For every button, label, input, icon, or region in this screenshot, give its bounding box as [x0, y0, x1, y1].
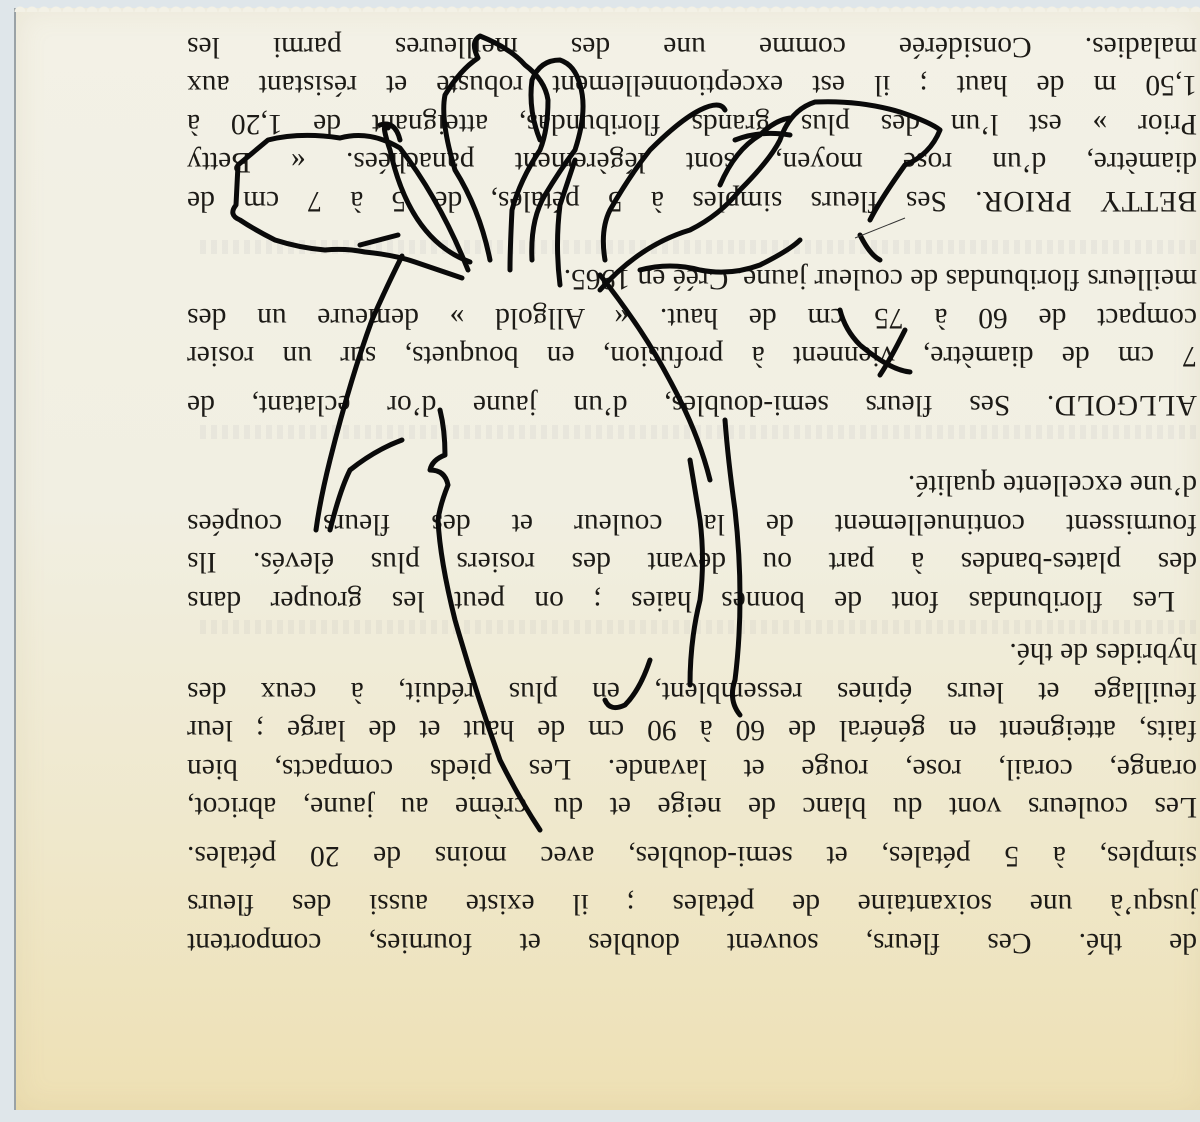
text-line: simples, à 5 pétales, et semi-doubles, a…: [187, 837, 1197, 876]
text-line: orange, corail, rose, rouge et lavande. …: [187, 750, 1197, 789]
text-line: hybrides de thé.: [187, 634, 1197, 673]
text-line: de thé. Ces fleurs, souvent doubles et f…: [187, 924, 1197, 963]
text-line: 1,50 m de haut ; il est exceptionnelleme…: [187, 66, 1197, 105]
text-line: Les couleurs vont du blanc de neige et d…: [187, 788, 1197, 827]
text-line: des plates-bandes à part ou devant des r…: [187, 543, 1197, 582]
variety-name: BETTY PRIOR: [982, 185, 1197, 217]
paragraph-usage: Les floribundas font de bonnes haies ; o…: [187, 466, 1197, 620]
text-line: 7 cm de diamètre, viennent à profusion, …: [187, 337, 1197, 376]
text-line: jusqu’à une soixantaine de pétales ; il …: [187, 885, 1197, 924]
entry-allgold: ALLGOLD. Ses fleurs semi-doubles, d’un j…: [187, 260, 1197, 424]
text-line: fournissent continuellement de la couleu…: [187, 505, 1197, 544]
text-line: diamètre, d’un rose moyen, sont légèreme…: [187, 143, 1197, 182]
text-line: compact de 60 à 75 cm de haut. « Allgold…: [187, 299, 1197, 338]
entry-betty-prior: BETTY PRIOR. Ses fleurs simples à 5 péta…: [187, 28, 1197, 221]
text-line: feuillage et leurs épines ressemblent, e…: [187, 673, 1197, 712]
text-line: d’une excellente qualité.: [187, 466, 1197, 505]
article-text: de thé. Ces fleurs, souvent doubles et f…: [187, 28, 1197, 963]
text-line: BETTY PRIOR. Ses fleurs simples à 5 péta…: [187, 182, 1197, 221]
text-line: ALLGOLD. Ses fleurs semi-doubles, d’un j…: [187, 386, 1197, 425]
text-line: meilleurs floribundas de couleur jaune. …: [187, 260, 1197, 299]
text-line: faits, atteignent en général de 60 à 90 …: [187, 711, 1197, 750]
variety-name: ALLGOLD: [1054, 389, 1197, 421]
text-line: maladies. Considérée comme une des meill…: [187, 28, 1197, 67]
text-line: Prior » est l’un des plus grands floribu…: [187, 105, 1197, 144]
paragraph-intro: de thé. Ces fleurs, souvent doubles et f…: [187, 634, 1197, 962]
text-line: Les floribundas font de bonnes haies ; o…: [187, 582, 1197, 621]
rotated-page: de thé. Ces fleurs, souvent doubles et f…: [0, 0, 1200, 1122]
